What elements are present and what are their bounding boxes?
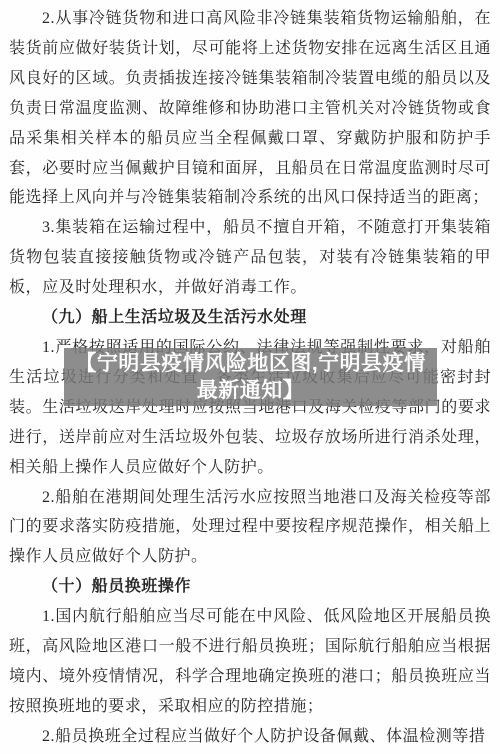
paragraph: 2.船员换班全过程应当做好个人防护设备佩戴、体温检测等措 <box>9 722 491 752</box>
overlay-banner-line2: 最新通知】 <box>197 377 305 404</box>
section-heading: （九）船上生活垃圾及生活污水处理 <box>9 303 491 333</box>
document-page: 2.从事冷链货物和进口高风险非冷链集装箱货物运输船舶，在装货前应做好装货计划，尽… <box>0 0 500 754</box>
paragraph: 1.国内航行船舶应当尽可能在中风险、低风险地区开展船员换班，高风险地区港口一般不… <box>9 602 491 722</box>
paragraph: 2.船舶在港期间处理生活污水应按照当地港口及海关检疫等部门的要求落实防疫措施，处… <box>9 483 491 573</box>
section-heading: （十）船员换班操作 <box>9 572 491 602</box>
paragraph: 2.从事冷链货物和进口高风险非冷链集装箱货物运输船舶，在装货前应做好装货计划，尽… <box>9 4 491 213</box>
paragraph: 3.集装箱在运输过程中，船员不擅自开箱，不随意打开集装箱货物包装直接接触货物或冷… <box>9 213 491 303</box>
overlay-banner[interactable]: 【宁明县疫情风险地区图,宁明县疫情 最新通知】 <box>64 348 437 406</box>
overlay-banner-line1: 【宁明县疫情风险地区图,宁明县疫情 <box>75 350 425 377</box>
